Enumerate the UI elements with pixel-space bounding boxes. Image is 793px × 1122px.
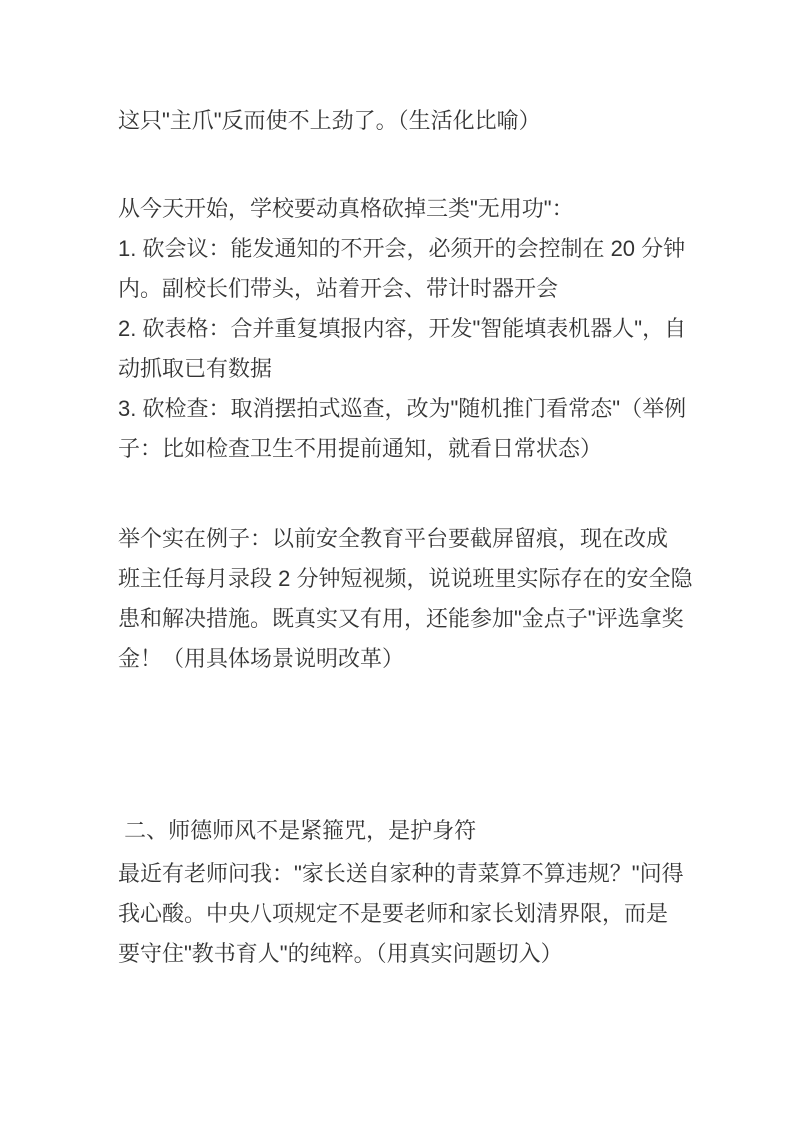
text-line: 这只"主爪"反而使不上劲了。（生活化比喻）	[118, 101, 738, 141]
text-line: 我心酸。中央八项规定不是要老师和家长划清界限，而是	[118, 894, 738, 934]
text-line: 动抓取已有数据	[118, 349, 738, 389]
text-line: 要守住"教书育人"的纯粹。（用真实问题切入）	[118, 934, 738, 974]
text-line: 最近有老师问我："家长送自家种的青菜算不算违规？"问得	[118, 854, 738, 894]
text-line: 子：比如检查卫生不用提前通知，就看日常状态）	[118, 429, 738, 469]
document-page: 这只"主爪"反而使不上劲了。（生活化比喻） 从今天开始，学校要动真格砍掉三类"无…	[0, 0, 793, 1122]
text-line: 患和解决措施。既真实又有用，还能参加"金点子"评选拿奖	[118, 599, 738, 639]
text-line: 从今天开始，学校要动真格砍掉三类"无用功"：	[118, 189, 738, 229]
paragraph-metaphor: 这只"主爪"反而使不上劲了。（生活化比喻）	[118, 101, 738, 141]
paragraph-example: 举个实在例子：以前安全教育平台要截屏留痕，现在改成 班主任每月录段 2 分钟短视…	[118, 519, 738, 679]
text-line: 1. 砍会议：能发通知的不开会，必须开的会控制在 20 分钟	[118, 229, 738, 269]
paragraph-reform-list: 从今天开始，学校要动真格砍掉三类"无用功"： 1. 砍会议：能发通知的不开会，必…	[118, 189, 738, 469]
document-content: 这只"主爪"反而使不上劲了。（生活化比喻） 从今天开始，学校要动真格砍掉三类"无…	[118, 101, 738, 974]
paragraph-teacher-ethics: 最近有老师问我："家长送自家种的青菜算不算违规？"问得 我心酸。中央八项规定不是…	[118, 854, 738, 974]
text-line: 2. 砍表格：合并重复填报内容，开发"智能填表机器人"，自	[118, 309, 738, 349]
text-line: 举个实在例子：以前安全教育平台要截屏留痕，现在改成	[118, 519, 738, 559]
section-heading-text: 二、师德师风不是紧箍咒，是护身符	[118, 811, 738, 851]
text-line: 金！（用具体场景说明改革）	[118, 639, 738, 679]
heading-section-two: 二、师德师风不是紧箍咒，是护身符	[118, 811, 738, 851]
text-line: 内。副校长们带头，站着开会、带计时器开会	[118, 269, 738, 309]
text-line: 3. 砍检查：取消摆拍式巡查，改为"随机推门看常态"（举例	[118, 389, 738, 429]
text-line: 班主任每月录段 2 分钟短视频，说说班里实际存在的安全隐	[118, 559, 738, 599]
